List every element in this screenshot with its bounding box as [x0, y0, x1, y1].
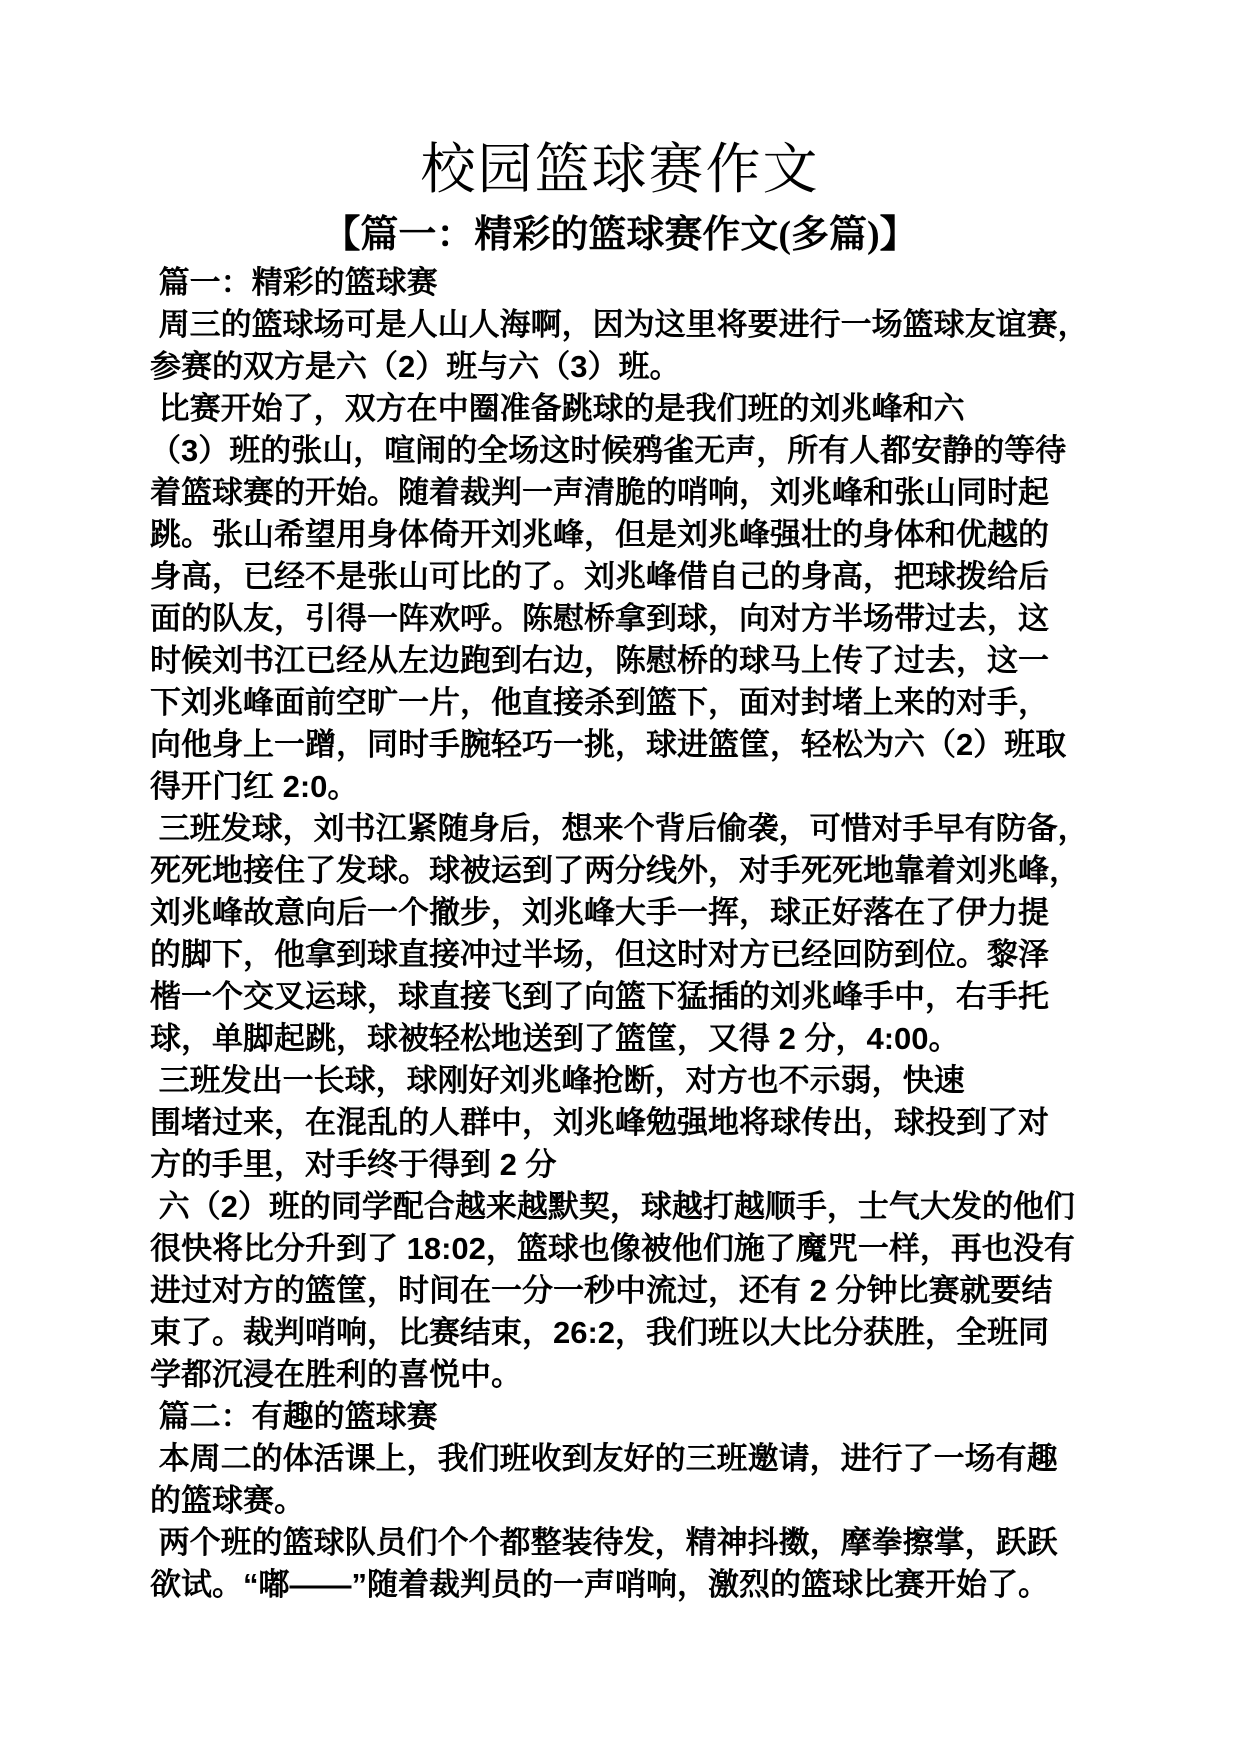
text-line: 篇一：精彩的篮球赛 — [150, 262, 1102, 304]
document-title: 校园篮球赛作文 — [0, 0, 1240, 201]
text-line: 下刘兆峰面前空旷一片，他直接杀到篮下，面对封堵上来的对手， — [150, 682, 1102, 724]
text-line: 的脚下，他拿到球直接冲过半场，但这时对方已经回防到位。黎泽 — [150, 934, 1102, 976]
text-line: 学都沉浸在胜利的喜悦中。 — [150, 1354, 1102, 1396]
text-line: 着篮球赛的开始。随着裁判一声清脆的哨响，刘兆峰和张山同时起 — [150, 472, 1102, 514]
text-line: 六（2）班的同学配合越来越默契，球越打越顺手，士气大发的他们 — [150, 1186, 1102, 1228]
text-line: 三班发球，刘书江紧随身后，想来个背后偷袭，可惜对手早有防备， — [150, 808, 1102, 850]
text-line: 时候刘书江已经从左边跑到右边，陈慰桥的球马上传了过去，这一 — [150, 640, 1102, 682]
text-line: 进过对方的篮筐，时间在一分一秒中流过，还有 2 分钟比赛就要结 — [150, 1270, 1102, 1312]
essay-body: 篇一：精彩的篮球赛 周三的篮球场可是人山人海啊，因为这里将要进行一场篮球友谊赛，… — [150, 262, 1102, 1606]
text-line: 面的队友，引得一阵欢呼。陈慰桥拿到球，向对方半场带过去，这 — [150, 598, 1102, 640]
text-line: 篇二：有趣的篮球赛 — [150, 1396, 1102, 1438]
text-line: 跳。张山希望用身体倚开刘兆峰，但是刘兆峰强壮的身体和优越的 — [150, 514, 1102, 556]
text-line: 比赛开始了，双方在中圈准备跳球的是我们班的刘兆峰和六 — [150, 388, 1102, 430]
text-line: 死死地接住了发球。球被运到了两分线外，对手死死地靠着刘兆峰， — [150, 850, 1102, 892]
text-line: 两个班的篮球队员们个个都整装待发，精神抖擞，摩拳擦掌，跃跃 — [150, 1522, 1102, 1564]
text-line: 楷一个交叉运球，球直接飞到了向篮下猛插的刘兆峰手中，右手托 — [150, 976, 1102, 1018]
text-line: 球，单脚起跳，球被轻松地送到了篮筐，又得 2 分，4:00。 — [150, 1018, 1102, 1060]
text-line: 参赛的双方是六（2）班与六（3）班。 — [150, 346, 1102, 388]
document-subtitle: 【篇一：精彩的篮球赛作文(多篇)】 — [0, 213, 1240, 259]
text-line: 得开门红 2:0。 — [150, 766, 1102, 808]
text-line: 本周二的体活课上，我们班收到友好的三班邀请，进行了一场有趣 — [150, 1438, 1102, 1480]
text-line: 束了。裁判哨响，比赛结束，26:2，我们班以大比分获胜，全班同 — [150, 1312, 1102, 1354]
text-line: 向他身上一蹭，同时手腕轻巧一挑，球进篮筐，轻松为六（2）班取 — [150, 724, 1102, 766]
document-page: 校园篮球赛作文 【篇一：精彩的篮球赛作文(多篇)】 篇一：精彩的篮球赛 周三的篮… — [0, 0, 1240, 1753]
text-line: 的篮球赛。 — [150, 1480, 1102, 1522]
text-line: 很快将比分升到了 18:02，篮球也像被他们施了魔咒一样，再也没有 — [150, 1228, 1102, 1270]
text-line: 周三的篮球场可是人山人海啊，因为这里将要进行一场篮球友谊赛， — [150, 304, 1102, 346]
text-line: 方的手里，对手终于得到 2 分 — [150, 1144, 1102, 1186]
text-line: 三班发出一长球，球刚好刘兆峰抢断，对方也不示弱，快速 — [150, 1060, 1102, 1102]
text-line: 刘兆峰故意向后一个撤步，刘兆峰大手一挥，球正好落在了伊力提 — [150, 892, 1102, 934]
text-line: 身高，已经不是张山可比的了。刘兆峰借自己的身高，把球拨给后 — [150, 556, 1102, 598]
text-line: 欲试。“嘟——”随着裁判员的一声哨响，激烈的篮球比赛开始了。 — [150, 1564, 1102, 1606]
text-line: （3）班的张山，喧闹的全场这时候鸦雀无声，所有人都安静的等待 — [150, 430, 1102, 472]
text-line: 围堵过来，在混乱的人群中，刘兆峰勉强地将球传出，球投到了对 — [150, 1102, 1102, 1144]
